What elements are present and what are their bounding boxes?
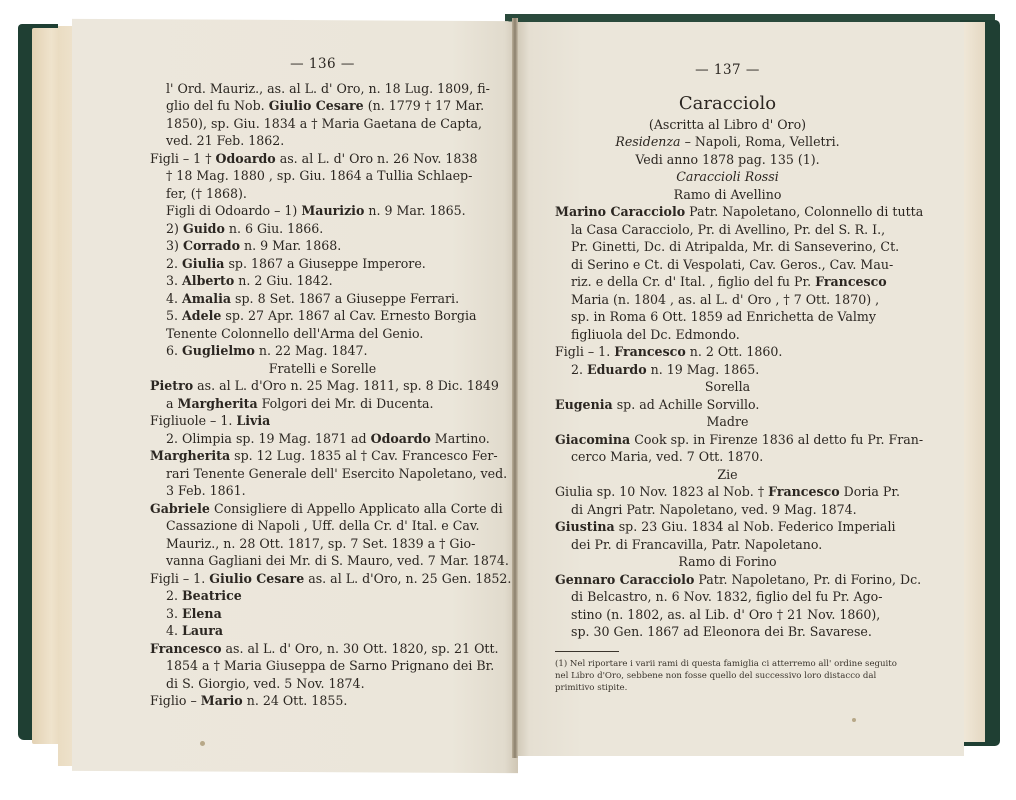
family-subtitle: (Ascritta al Libro d' Oro) bbox=[555, 116, 900, 134]
text-line: 2. Olimpia sp. 19 Mag. 1871 ad Odoardo M… bbox=[150, 430, 495, 448]
text-line: Gennaro Caracciolo Patr. Napoletano, Pr.… bbox=[555, 571, 900, 589]
text-line: 3. Elena bbox=[150, 605, 495, 623]
text-line: 2. Eduardo n. 19 Mag. 1865. bbox=[555, 361, 900, 379]
text-line: a Margherita Folgori dei Mr. di Ducenta. bbox=[150, 395, 495, 413]
text-line: figliuola del Dc. Edmondo. bbox=[555, 326, 900, 344]
text-line: 2. Beatrice bbox=[150, 587, 495, 605]
text-line: l' Ord. Mauriz., as. al L. d' Oro, n. 18… bbox=[150, 80, 495, 98]
section-heading: Zie bbox=[555, 466, 900, 484]
text-line: di S. Giorgio, ved. 5 Nov. 1874. bbox=[150, 675, 495, 693]
text-line: Marino Caracciolo Patr. Napoletano, Colo… bbox=[555, 203, 900, 221]
text-line: di Angri Patr. Napoletano, ved. 9 Mag. 1… bbox=[555, 501, 900, 519]
text-line: Margherita sp. 12 Lug. 1835 al † Cav. Fr… bbox=[150, 447, 495, 465]
text-line: Figliuole – 1. Livia bbox=[150, 412, 495, 430]
text-line: Figli di Odoardo – 1) Maurizio n. 9 Mar.… bbox=[150, 202, 495, 220]
foxing-spot bbox=[852, 718, 856, 722]
left-page-lines: l' Ord. Mauriz., as. al L. d' Oro, n. 18… bbox=[150, 80, 495, 710]
text-line: Giulia sp. 10 Nov. 1823 al Nob. † France… bbox=[555, 483, 900, 501]
branch-group: Caraccioli Rossi bbox=[555, 168, 900, 186]
section-heading: Ramo di Forino bbox=[555, 553, 900, 571]
text-line: Figlio – Mario n. 24 Ott. 1855. bbox=[150, 692, 495, 710]
foxing-spot bbox=[200, 741, 205, 746]
section-heading: Madre bbox=[555, 413, 900, 431]
text-line: 3) Corrado n. 9 Mar. 1868. bbox=[150, 237, 495, 255]
text-line: glio del fu Nob. Giulio Cesare (n. 1779 … bbox=[150, 97, 495, 115]
text-line: 5. Adele sp. 27 Apr. 1867 al Cav. Ernest… bbox=[150, 307, 495, 325]
section-heading: Ramo di Avellino bbox=[555, 186, 900, 204]
text-line: 2. Giulia sp. 1867 a Giuseppe Imperore. bbox=[150, 255, 495, 273]
text-line: sp. in Roma 6 Ott. 1859 ad Enrichetta de… bbox=[555, 308, 900, 326]
text-line: Cassazione di Napoli , Uff. della Cr. d'… bbox=[150, 517, 495, 535]
text-line: Figli – 1. Giulio Cesare as. al L. d'Oro… bbox=[150, 570, 495, 588]
footnote-rule bbox=[555, 651, 619, 652]
left-page-text: — 136 — l' Ord. Mauriz., as. al L. d' Or… bbox=[150, 56, 495, 710]
page-number: — 137 — bbox=[555, 62, 900, 80]
text-line: 2) Guido n. 6 Giu. 1866. bbox=[150, 220, 495, 238]
text-line: 3. Alberto n. 2 Giu. 1842. bbox=[150, 272, 495, 290]
text-line: Pietro as. al L. d'Oro n. 25 Mag. 1811, … bbox=[150, 377, 495, 395]
text-line: ved. 21 Feb. 1862. bbox=[150, 132, 495, 150]
text-line: Pr. Ginetti, Dc. di Atripalda, Mr. di Sa… bbox=[555, 238, 900, 256]
text-line: 1854 a † Maria Giuseppa de Sarno Prignan… bbox=[150, 657, 495, 675]
text-line: Giustina sp. 23 Giu. 1834 al Nob. Federi… bbox=[555, 518, 900, 536]
residence-text: – Napoli, Roma, Velletri. bbox=[681, 134, 840, 149]
text-line: fer, († 1868). bbox=[150, 185, 495, 203]
text-line: Gabriele Consigliere di Appello Applicat… bbox=[150, 500, 495, 518]
text-line: Figli – 1. Francesco n. 2 Ott. 1860. bbox=[555, 343, 900, 361]
text-line: Eugenia sp. ad Achille Sorvillo. bbox=[555, 396, 900, 414]
text-line: riz. e della Cr. d' Ital. , figlio del f… bbox=[555, 273, 900, 291]
text-line: di Belcastro, n. 6 Nov. 1832, figlio del… bbox=[555, 588, 900, 606]
text-line: cerco Maria, ved. 7 Ott. 1870. bbox=[555, 448, 900, 466]
section-heading: Sorella bbox=[555, 378, 900, 396]
text-line: Figli – 1 † Odoardo as. al L. d' Oro n. … bbox=[150, 150, 495, 168]
text-line: stino (n. 1802, as. al Lib. d' Oro † 21 … bbox=[555, 606, 900, 624]
right-page-text: — 137 — Caracciolo (Ascritta al Libro d'… bbox=[555, 62, 900, 694]
open-book: — 136 — l' Ord. Mauriz., as. al L. d' Or… bbox=[0, 0, 1016, 800]
text-line: Maria (n. 1804 , as. al L. d' Oro , † 7 … bbox=[555, 291, 900, 309]
text-line: 4. Amalia sp. 8 Set. 1867 a Giuseppe Fer… bbox=[150, 290, 495, 308]
text-line: 3 Feb. 1861. bbox=[150, 482, 495, 500]
page-number: — 136 — bbox=[150, 56, 495, 74]
book-gutter bbox=[512, 18, 518, 758]
text-line: Giacomina Cook sp. in Firenze 1836 al de… bbox=[555, 431, 900, 449]
text-line: rari Tenente Generale dell' Esercito Nap… bbox=[150, 465, 495, 483]
footnote: (1) Nel riportare i varii rami di questa… bbox=[555, 658, 900, 694]
family-heading: Caracciolo bbox=[555, 92, 900, 116]
residence-label: Residenza bbox=[615, 134, 680, 149]
section-heading: Fratelli e Sorelle bbox=[150, 360, 495, 378]
text-line: Tenente Colonnello dell'Arma del Genio. bbox=[150, 325, 495, 343]
text-line: Francesco as. al L. d' Oro, n. 30 Ott. 1… bbox=[150, 640, 495, 658]
text-line: dei Pr. di Francavilla, Patr. Napoletano… bbox=[555, 536, 900, 554]
text-line: di Serino e Ct. di Vespolati, Cav. Geros… bbox=[555, 256, 900, 274]
right-page-lines: Ramo di AvellinoMarino Caracciolo Patr. … bbox=[555, 186, 900, 641]
residence-line: Residenza – Napoli, Roma, Velletri. bbox=[555, 133, 900, 151]
text-line: la Casa Caracciolo, Pr. di Avellino, Pr.… bbox=[555, 221, 900, 239]
text-line: 1850), sp. Giu. 1834 a † Maria Gaetana d… bbox=[150, 115, 495, 133]
text-line: Mauriz., n. 28 Ott. 1817, sp. 7 Set. 183… bbox=[150, 535, 495, 553]
see-also-line: Vedi anno 1878 pag. 135 (1). bbox=[555, 151, 900, 169]
text-line: vanna Gagliani dei Mr. di S. Mauro, ved.… bbox=[150, 552, 495, 570]
text-line: 4. Laura bbox=[150, 622, 495, 640]
text-line: † 18 Mag. 1880 , sp. Giu. 1864 a Tullia … bbox=[150, 167, 495, 185]
text-line: 6. Guglielmo n. 22 Mag. 1847. bbox=[150, 342, 495, 360]
text-line: sp. 30 Gen. 1867 ad Eleonora dei Br. Sav… bbox=[555, 623, 900, 641]
